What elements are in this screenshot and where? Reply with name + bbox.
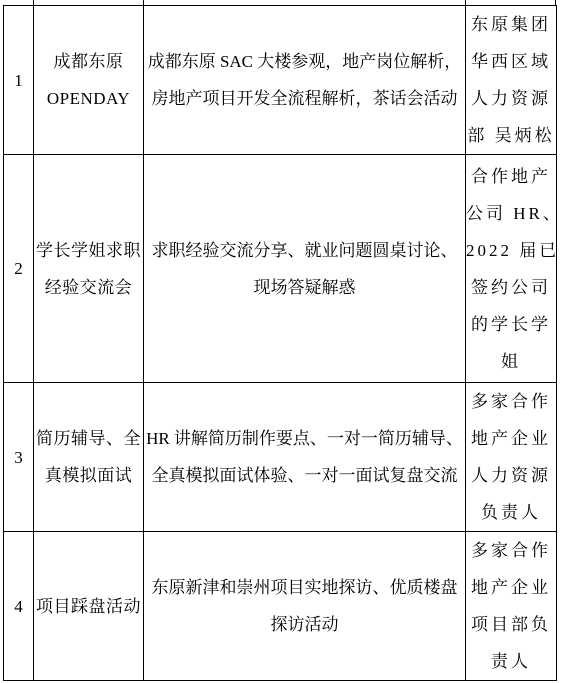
activity-description-line: 求职经验交流分享、就业问题圆桌讨论、 [144,232,465,269]
organizer-line: 人力资源 [466,457,556,494]
row-number-cell: 3 [4,383,34,532]
row-number: 4 [4,588,33,625]
activity-description-cell: HR 讲解简历制作要点、一对一简历辅导、全真模拟面试体验、一对一面试复盘交流 [144,383,466,532]
row-number: 3 [4,439,33,476]
activities-table-body: 1成都东原OPENDAY成都东原 SAC 大楼参观，地产岗位解析，房地产项目开发… [4,6,557,681]
organizer-line: 姐 [466,343,556,380]
organizer-line: 部 吴炳松 [466,117,556,154]
activity-name-cell: 成都东原OPENDAY [34,6,144,155]
activity-name-line: 项目踩盘活动 [34,588,143,625]
activity-name-line: 真模拟面试 [34,457,143,494]
row-number-cell: 4 [4,532,34,681]
organizer-line: 的学长学 [466,306,556,343]
organizer-line: 合作地产 [466,158,556,195]
table-row: 1成都东原OPENDAY成都东原 SAC 大楼参观，地产岗位解析，房地产项目开发… [4,6,557,155]
row-number: 1 [4,62,33,99]
activity-description-line: 成都东原 SAC 大楼参观，地产岗位解析， [144,43,465,80]
activity-description-line: 探访活动 [144,606,465,643]
activity-name-line: OPENDAY [34,80,143,117]
table-row: 3简历辅导、全真模拟面试HR 讲解简历制作要点、一对一简历辅导、全真模拟面试体验… [4,383,557,532]
activity-name-cell: 简历辅导、全真模拟面试 [34,383,144,532]
activity-name-line: 成都东原 [34,43,143,80]
row-number: 2 [4,250,33,287]
activity-name-cell: 项目踩盘活动 [34,532,144,681]
document-page: 1成都东原OPENDAY成都东原 SAC 大楼参观，地产岗位解析，房地产项目开发… [0,0,561,683]
activity-description-cell: 求职经验交流分享、就业问题圆桌讨论、现场答疑解惑 [144,155,466,383]
organizer-line: 东原集团 [466,6,556,43]
activity-description-line: 全真模拟面试体验、一对一面试复盘交流 [144,457,465,494]
activity-description-line: 东原新津和崇州项目实地探访、优质楼盘 [144,569,465,606]
activity-description-line: 房地产项目开发全流程解析，茶话会活动 [144,80,465,117]
organizer-cell: 多家合作地产企业项目部负责人 [466,532,557,681]
organizer-line: 华西区域 [466,43,556,80]
organizer-line: 2022 届已 [466,232,556,269]
organizer-line: 公司 HR、 [466,195,556,232]
organizer-line: 多家合作 [466,383,556,420]
activity-description-cell: 成都东原 SAC 大楼参观，地产岗位解析，房地产项目开发全流程解析，茶话会活动 [144,6,466,155]
table-row: 4项目踩盘活动东原新津和崇州项目实地探访、优质楼盘探访活动多家合作地产企业项目部… [4,532,557,681]
row-number-cell: 2 [4,155,34,383]
organizer-line: 项目部负 [466,606,556,643]
organizer-line: 多家合作 [466,532,556,569]
activities-table: 1成都东原OPENDAY成都东原 SAC 大楼参观，地产岗位解析，房地产项目开发… [3,5,557,681]
organizer-line: 地产企业 [466,420,556,457]
activity-name-cell: 学长学姐求职经验交流会 [34,155,144,383]
activity-name-line: 简历辅导、全 [34,420,143,457]
organizer-line: 签约公司 [466,269,556,306]
organizer-cell: 东原集团华西区域人力资源部 吴炳松 [466,6,557,155]
organizer-line: 责人 [466,643,556,680]
organizer-cell: 多家合作地产企业人力资源负责人 [466,383,557,532]
organizer-line: 负责人 [466,494,556,531]
organizer-cell: 合作地产公司 HR、2022 届已签约公司的学长学姐 [466,155,557,383]
activity-name-line: 学长学姐求职 [34,232,143,269]
activity-name-line: 经验交流会 [34,269,143,306]
activity-description-line: HR 讲解简历制作要点、一对一简历辅导、 [144,420,465,457]
activity-description-cell: 东原新津和崇州项目实地探访、优质楼盘探访活动 [144,532,466,681]
row-number-cell: 1 [4,6,34,155]
organizer-line: 地产企业 [466,569,556,606]
organizer-line: 人力资源 [466,80,556,117]
activity-description-line: 现场答疑解惑 [144,269,465,306]
table-row: 2学长学姐求职经验交流会求职经验交流分享、就业问题圆桌讨论、现场答疑解惑合作地产… [4,155,557,383]
